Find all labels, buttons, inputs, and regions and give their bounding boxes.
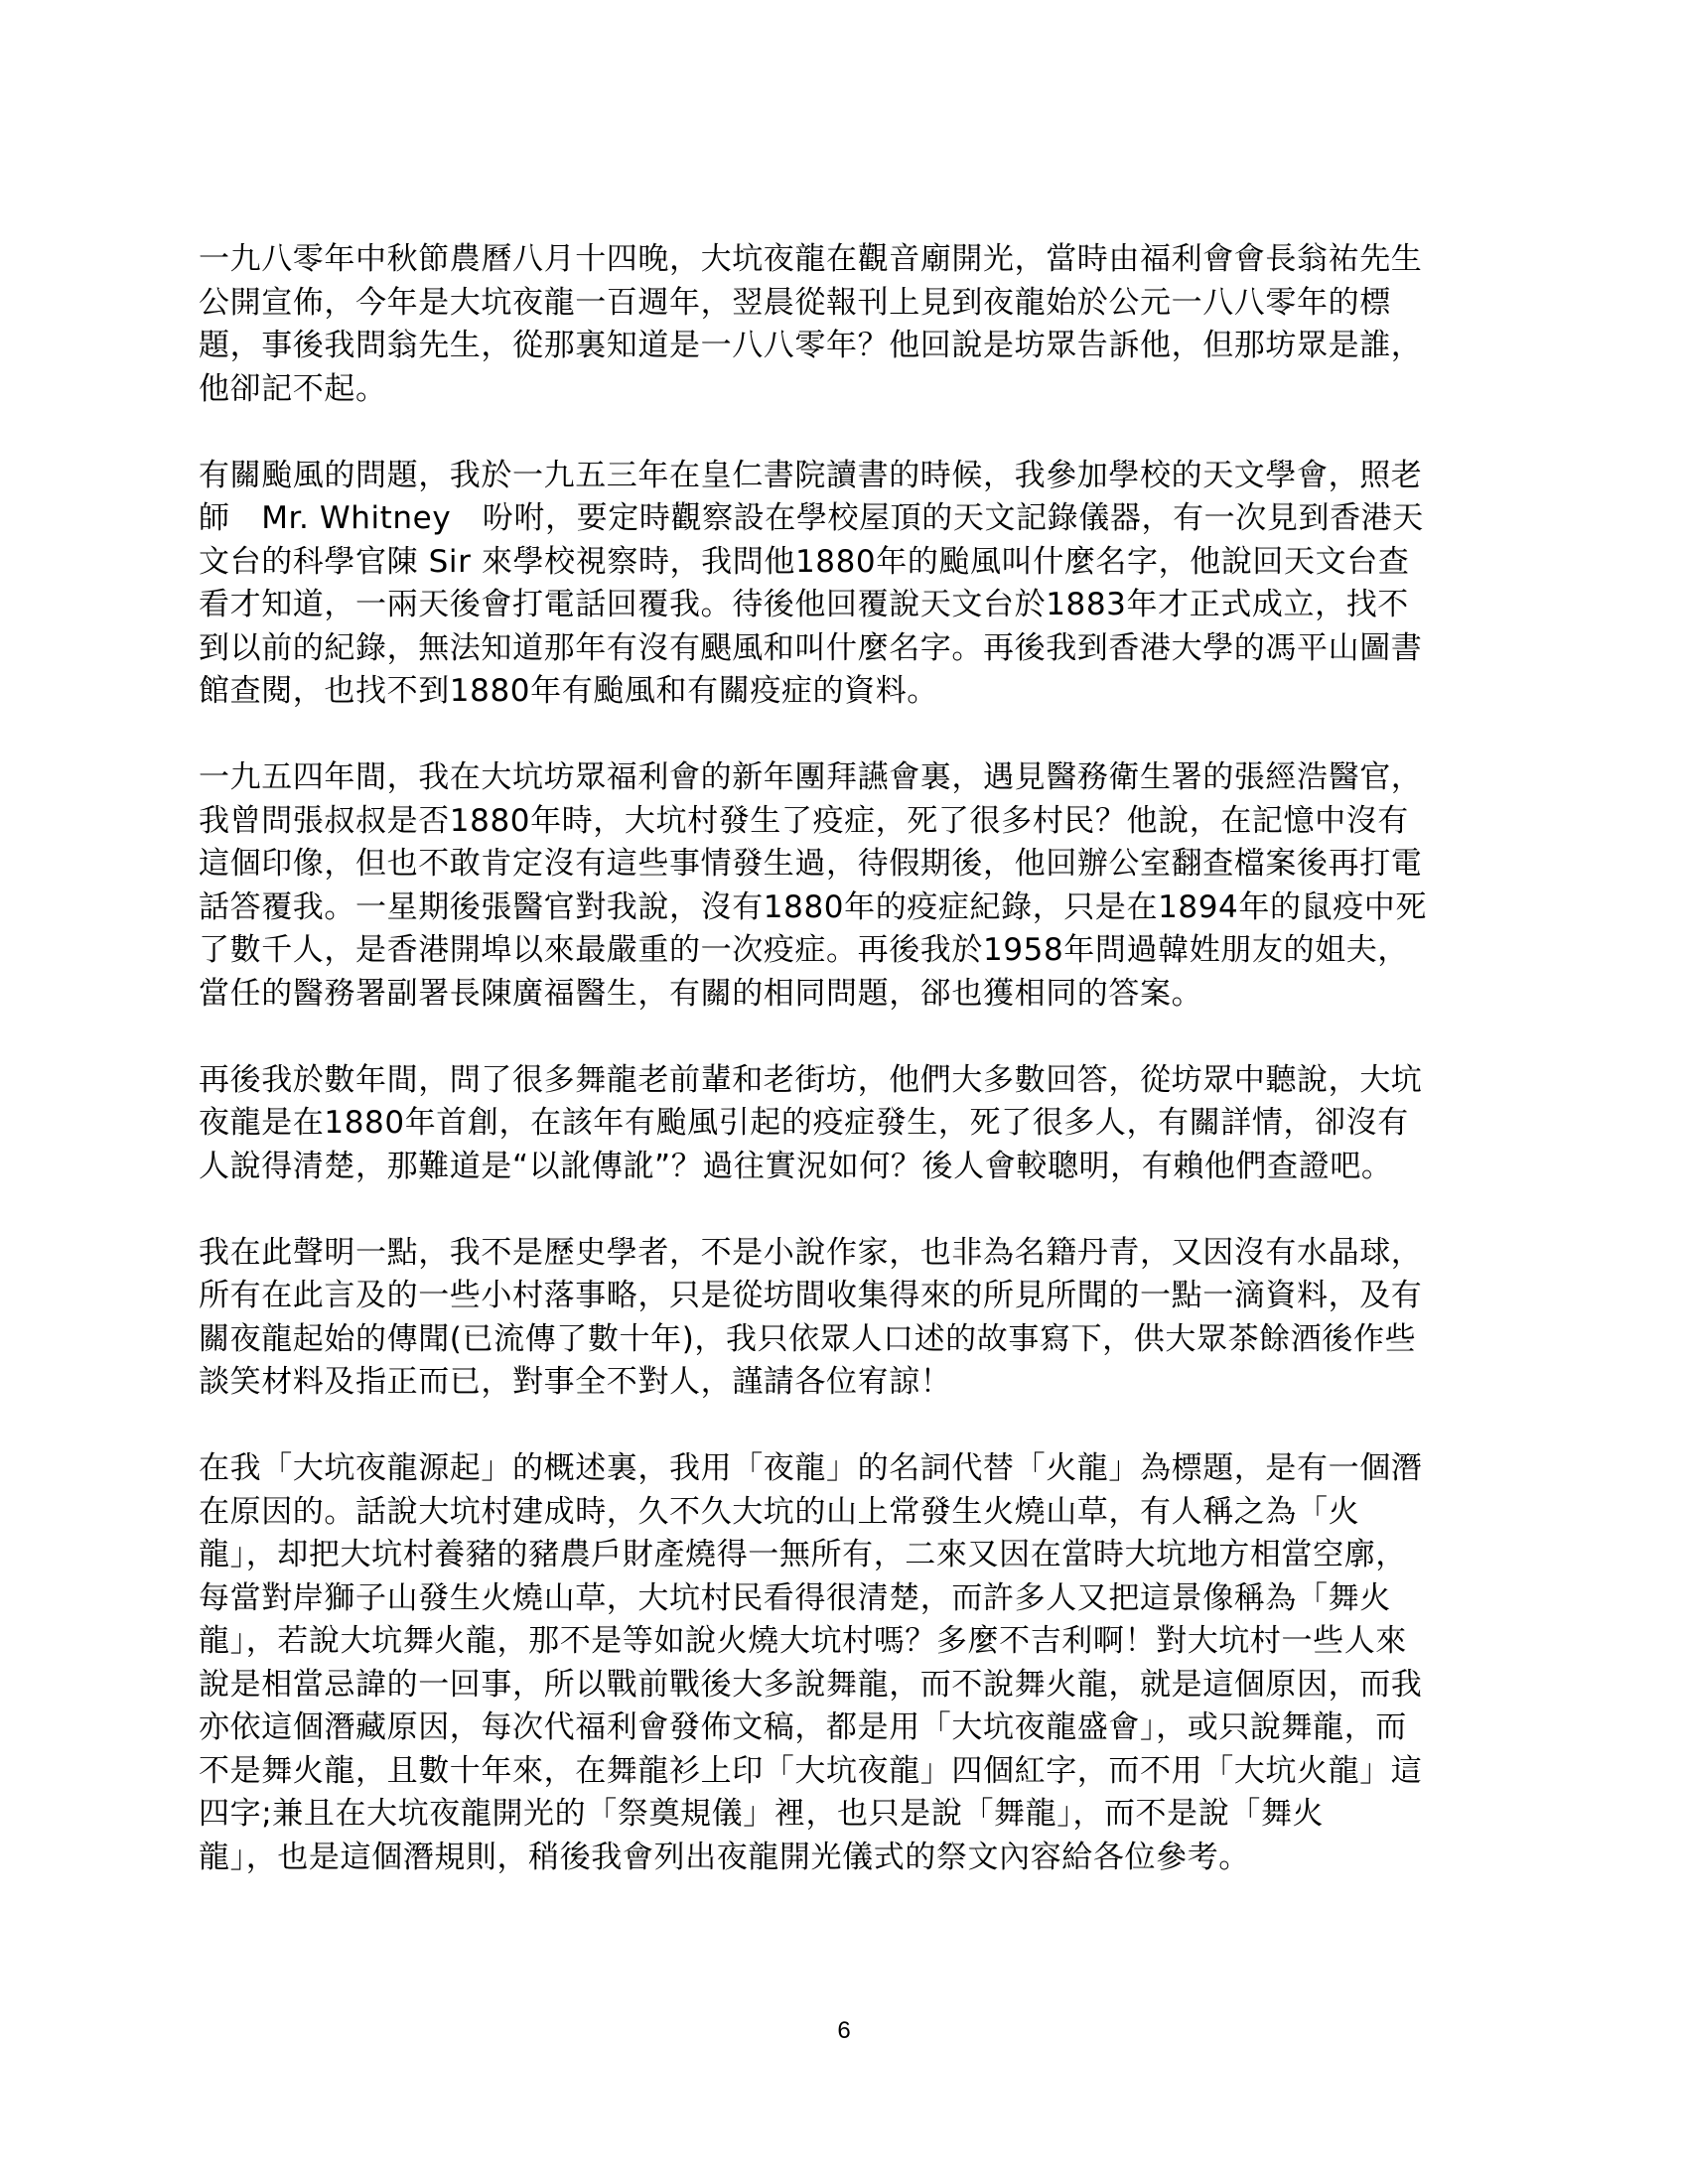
text-line: 所有在此言及的一些小村落事略，只是從坊間收集得來的所見所聞的一點一滴資料，及有 <box>199 1275 1499 1318</box>
text-line: 四字;兼且在大坑夜龍開光的「祭奠規儀」裡，也只是說「舞龍」，而不是說「舞火 <box>199 1793 1499 1837</box>
paragraph: 一九八零年中秋節農曆八月十四晚，大坑夜龍在觀音廟開光，當時由福利會會長翁祐先生公… <box>199 238 1499 411</box>
paragraph: 有關颱風的問題，我於一九五三年在皇仁書院讀書的時候，我參加學校的天文學會，照老師… <box>199 455 1499 714</box>
text-line: 題，事後我問翁先生，從那裏知道是一八八零年？他回說是坊眾告訴他，但那坊眾是誰， <box>199 325 1499 368</box>
text-line: 公開宣佈，今年是大坑夜龍一百週年，翌晨從報刊上見到夜龍始於公元一八八零年的標 <box>199 282 1499 326</box>
text-line: 不是舞火龍，且數十年來，在舞龍衫上印「大坑夜龍」四個紅字，而不用「大坑火龍」這 <box>199 1750 1499 1794</box>
text-line: 這個印像，但也不敢肯定沒有這些事情發生過，待假期後，他回辦公室翻查檔案後再打電 <box>199 843 1499 887</box>
text-line: 再後我於數年間，問了很多舞龍老前輩和老街坊，他們大多數回答，從坊眾中聽說，大坑 <box>199 1059 1499 1103</box>
text-line: 龍」，却把大坑村養豬的豬農戶財產燒得一無所有，二來又因在當時大坑地方相當空廓， <box>199 1534 1499 1577</box>
text-line: 在原因的。話說大坑村建成時，久不久大坑的山上常發生火燒山草，有人稱之為「火 <box>199 1491 1499 1535</box>
text-line: 夜龍是在1880年首創，在該年有颱風引起的疫症發生，死了很多人，有關詳情，卻沒有 <box>199 1102 1499 1146</box>
text-line: 一九五四年間，我在大坑坊眾福利會的新年團拜讌會裏，遇見醫務衛生署的張經浩醫官， <box>199 756 1499 800</box>
text-line: 他卻記不起。 <box>199 368 1499 412</box>
text-line: 文台的科學官陳 Sir 來學校視察時，我問他1880年的颱風叫什麼名字，他說回天… <box>199 541 1499 585</box>
text-line: 在我「大坑夜龍源起」的概述裏，我用「夜龍」的名詞代替「火龍」為標題，是有一個潛 <box>199 1447 1499 1491</box>
text-line: 說是相當忌諱的一回事，所以戰前戰後大多說舞龍，而不說舞火龍，就是這個原因，而我 <box>199 1664 1499 1707</box>
text-line: 師 Mr. Whitney 吩咐，要定時觀察設在學校屋頂的天文記錄儀器，有一次見… <box>199 497 1499 541</box>
text-line: 我在此聲明一點，我不是歷史學者，不是小說作家，也非為名籍丹青，又因沒有水晶球， <box>199 1232 1499 1276</box>
text-line: 看才知道，一兩天後會打電話回覆我。待後他回覆說天文台於1883年才正式成立，找不 <box>199 584 1499 627</box>
text-line: 每當對岸獅子山發生火燒山草，大坑村民看得很清楚，而許多人又把這景像稱為「舞火 <box>199 1577 1499 1621</box>
document-page: 一九八零年中秋節農曆八月十四晚，大坑夜龍在觀音廟開光，當時由福利會會長翁祐先生公… <box>0 0 1688 2184</box>
paragraph: 一九五四年間，我在大坑坊眾福利會的新年團拜讌會裏，遇見醫務衛生署的張經浩醫官，我… <box>199 756 1499 1016</box>
text-line: 人說得清楚，那難道是“以訛傳訛”？過往實況如何？後人會較聰明，有賴他們查證吧。 <box>199 1146 1499 1189</box>
text-line: 話答覆我。一星期後張醫官對我說，沒有1880年的疫症紀錄，只是在1894年的鼠疫… <box>199 887 1499 930</box>
page-number: 6 <box>0 2017 1688 2045</box>
body-text: 一九八零年中秋節農曆八月十四晚，大坑夜龍在觀音廟開光，當時由福利會會長翁祐先生公… <box>199 238 1499 1923</box>
paragraph: 在我「大坑夜龍源起」的概述裏，我用「夜龍」的名詞代替「火龍」為標題，是有一個潛在… <box>199 1447 1499 1879</box>
text-line: 龍」，也是這個潛規則，稍後我會列出夜龍開光儀式的祭文內容給各位參考。 <box>199 1837 1499 1880</box>
text-line: 有關颱風的問題，我於一九五三年在皇仁書院讀書的時候，我參加學校的天文學會，照老 <box>199 455 1499 498</box>
text-line: 龍」，若說大坑舞火龍，那不是等如說火燒大坑村嗎？多麼不吉利啊！對大坑村一些人來 <box>199 1620 1499 1664</box>
text-line: 一九八零年中秋節農曆八月十四晚，大坑夜龍在觀音廟開光，當時由福利會會長翁祐先生 <box>199 238 1499 282</box>
text-line: 了數千人，是香港開埠以來最嚴重的一次疫症。再後我於1958年問過韓姓朋友的姐夫， <box>199 929 1499 973</box>
text-line: 談笑材料及指正而已，對事全不對人，謹請各位宥諒！ <box>199 1361 1499 1405</box>
paragraph: 再後我於數年間，問了很多舞龍老前輩和老街坊，他們大多數回答，從坊眾中聽說，大坑夜… <box>199 1059 1499 1189</box>
text-line: 館查閱，也找不到1880年有颱風和有關疫症的資料。 <box>199 670 1499 714</box>
text-line: 我曾問張叔叔是否1880年時，大坑村發生了疫症，死了很多村民？他說，在記憶中沒有 <box>199 800 1499 844</box>
text-line: 到以前的紀錄，無法知道那年有沒有颶風和叫什麼名字。再後我到香港大學的馮平山圖書 <box>199 627 1499 671</box>
text-line: 亦依這個潛藏原因，每次代福利會發佈文稿，都是用「大坑夜龍盛會」，或只說舞龍，而 <box>199 1706 1499 1750</box>
paragraph: 我在此聲明一點，我不是歷史學者，不是小說作家，也非為名籍丹青，又因沒有水晶球，所… <box>199 1232 1499 1405</box>
text-line: 當任的醫務署副署長陳廣福醫生，有關的相同問題，郤也獲相同的答案。 <box>199 973 1499 1017</box>
text-line: 關夜龍起始的傳聞(已流傳了數十年)，我只依眾人口述的故事寫下，供大眾茶餘酒後作些 <box>199 1318 1499 1362</box>
